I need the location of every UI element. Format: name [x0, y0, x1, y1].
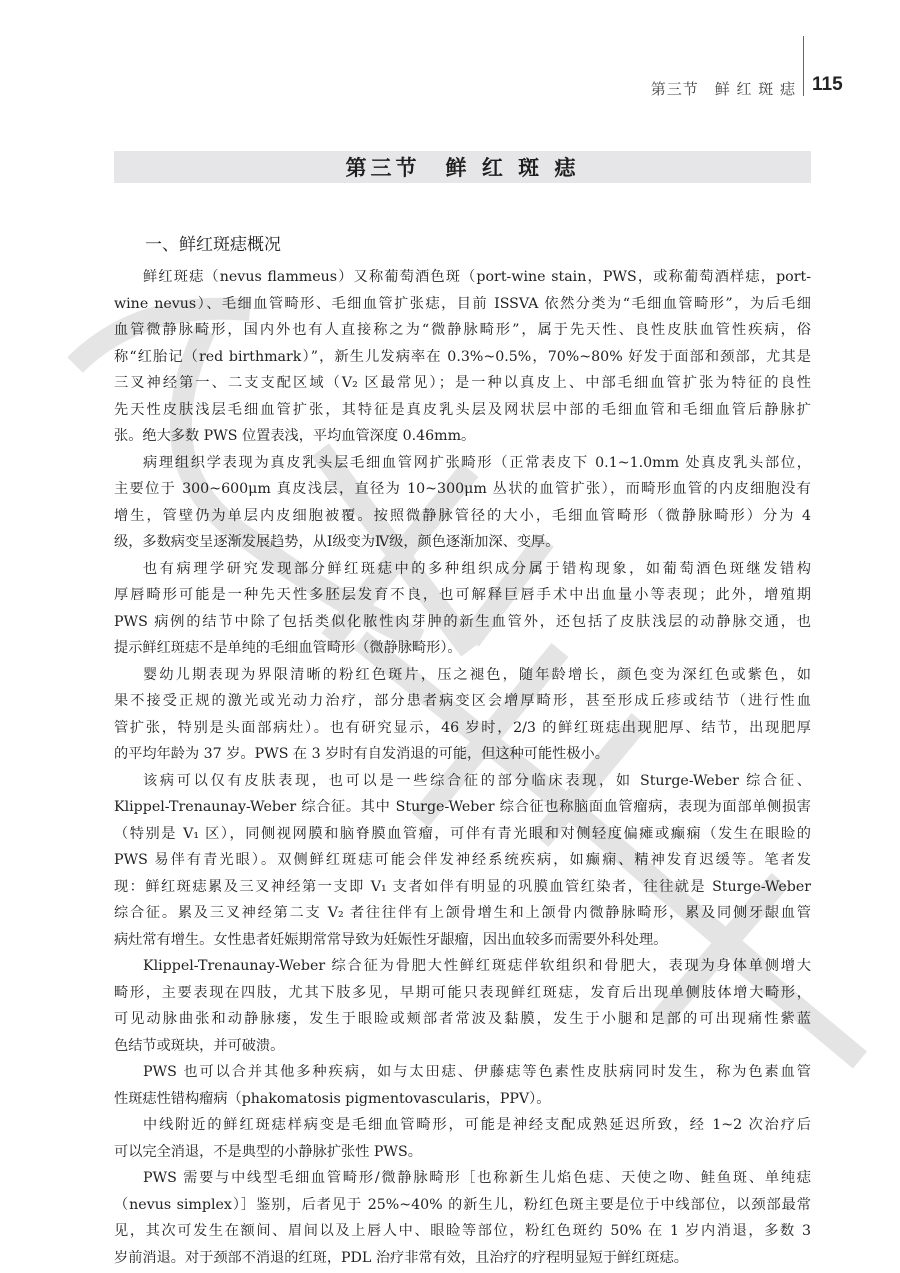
text-line: 级，多数病变呈逐渐发展趋势，从Ⅰ级变为Ⅳ级，颜色逐渐加深、变厚。	[114, 529, 811, 556]
paragraph: PWS 也可以合并其他多种疾病，如与太田痣、伊藤痣等色素性皮肤病同时发生，称为色…	[114, 1059, 811, 1112]
text-line: 血管微静脉畸形，国内外也有人直接称之为“微静脉畸形”，属于先天性、良性皮肤血管性…	[114, 317, 811, 344]
text-line: 可见动脉曲张和动静脉瘘，发生于眼睑或颊部者常波及黏膜，发生于小腿和足部的可出现痛…	[114, 1006, 811, 1033]
text-line: 性斑痣性错构瘤病（phakomatosis pigmentovascularis…	[114, 1086, 811, 1113]
section-title-banner: 第三节 鲜 红 斑 痣	[114, 151, 811, 183]
paragraph: Klippel-Trenaunay-Weber 综合征为骨肥大性鲜红斑痣伴软组织…	[114, 953, 811, 1059]
text-line: Klippel-Trenaunay-Weber 综合征为骨肥大性鲜红斑痣伴软组织…	[114, 953, 811, 980]
text-line: 管扩张，特别是头面部病灶）。也有研究显示，46 岁时，2/3 的鲜红斑痣出现肥厚…	[114, 715, 811, 742]
text-line: 色结节或斑块，并可破溃。	[114, 1033, 811, 1060]
paragraph: 中线附近的鲜红斑痣样病变是毛细血管畸形，可能是神经支配成熟延迟所致，经 1~2 …	[114, 1112, 811, 1165]
text-line: 病灶常有增生。女性患者妊娠期常常导致为妊娠性牙龈瘤，因出血较多而需要外科处理。	[114, 927, 811, 954]
subheading: 一、鲜红斑痣概况	[145, 230, 281, 255]
text-line: 提示鲜红斑痣不是单纯的毛细血管畸形（微静脉畸形）。	[114, 635, 811, 662]
body-text: 鲜红斑痣（nevus flammeus）又称葡萄酒色斑（port-wine st…	[114, 264, 811, 1271]
section-title: 第三节 鲜 红 斑 痣	[346, 152, 580, 182]
text-line: 岁前消退。对于颈部不消退的红斑，PDL 治疗非常有效，且治疗的疗程明显短于鲜红斑…	[114, 1245, 811, 1272]
text-line: 先天性皮肤浅层毛细血管扩张，其特征是真皮乳头层及网状层中部的毛细血管和毛细血管后…	[114, 397, 811, 424]
text-line: 现：鲜红斑痣累及三叉神经第一支即 V₁ 支者如伴有明显的巩膜血管红染者，往往就是…	[114, 874, 811, 901]
text-line: 增生，管壁仍为单层内皮细胞被覆。按照微静脉管径的大小，毛细血管畸形（微静脉畸形）…	[114, 503, 811, 530]
text-line: 婴幼儿期表现为界限清晰的粉红色斑片，压之褪色，随年龄增长，颜色变为深红色或紫色，…	[114, 662, 811, 689]
text-line: 也有病理学研究发现部分鲜红斑痣中的多种组织成分属于错构现象，如葡萄酒色斑继发错构	[114, 556, 811, 583]
text-line: 该病可以仅有皮肤表现，也可以是一些综合征的部分临床表现，如 Sturge-Web…	[114, 768, 811, 795]
text-line: 综合征。累及三叉神经第二支 V₂ 者往往伴有上颌骨增生和上颌骨内微静脉畸形，累及…	[114, 900, 811, 927]
text-line: 张。绝大多数 PWS 位置表浅，平均血管深度 0.46mm。	[114, 423, 811, 450]
text-line: （特别是 V₁ 区），同侧视网膜和脑脊膜血管瘤，可伴有青光眼和对侧轻度偏瘫或癫痫…	[114, 821, 811, 848]
text-line: 中线附近的鲜红斑痣样病变是毛细血管畸形，可能是神经支配成熟延迟所致，经 1~2 …	[114, 1112, 811, 1139]
text-line: （nevus simplex）］鉴别，后者见于 25%~40% 的新生儿，粉红色…	[114, 1192, 811, 1219]
running-head: 第三节 鲜 红 斑 痣 115	[0, 74, 900, 104]
text-line: 鲜红斑痣（nevus flammeus）又称葡萄酒色斑（port-wine st…	[114, 264, 811, 291]
paragraph: PWS 需要与中线型毛细血管畸形/微静脉畸形［也称新生儿焰色痣、天使之吻、鲑鱼斑…	[114, 1165, 811, 1271]
running-head-divider	[803, 36, 804, 96]
paragraph: 鲜红斑痣（nevus flammeus）又称葡萄酒色斑（port-wine st…	[114, 264, 811, 450]
text-line: PWS 病例的结节中除了包括类似化脓性肉芽肿的新生血管外，还包括了皮肤浅层的动静…	[114, 609, 811, 636]
text-line: 可以完全消退，不是典型的小静脉扩张性 PWS。	[114, 1139, 811, 1166]
text-line: 的平均年龄为 37 岁。PWS 在 3 岁时有自发消退的可能，但这种可能性极小。	[114, 741, 811, 768]
text-line: 三叉神经第一、二支支配区域（V₂ 区最常见）；是一种以真皮上、中部毛细血管扩张为…	[114, 370, 811, 397]
paragraph: 病理组织学表现为真皮乳头层毛细血管网扩张畸形（正常表皮下 0.1~1.0mm 处…	[114, 450, 811, 556]
text-line: wine nevus）、毛细血管畸形、毛细血管扩张痣，目前 ISSVA 依然分类…	[114, 291, 811, 318]
paragraph: 婴幼儿期表现为界限清晰的粉红色斑片，压之褪色，随年龄增长，颜色变为深红色或紫色，…	[114, 662, 811, 768]
paragraph: 该病可以仅有皮肤表现，也可以是一些综合征的部分临床表现，如 Sturge-Web…	[114, 768, 811, 954]
text-line: PWS 也可以合并其他多种疾病，如与太田痣、伊藤痣等色素性皮肤病同时发生，称为色…	[114, 1059, 811, 1086]
text-line: 病理组织学表现为真皮乳头层毛细血管网扩张畸形（正常表皮下 0.1~1.0mm 处…	[114, 450, 811, 477]
text-line: Klippel-Trenaunay-Weber 综合征。其中 Sturge-We…	[114, 794, 811, 821]
text-line: PWS 需要与中线型毛细血管畸形/微静脉畸形［也称新生儿焰色痣、天使之吻、鲑鱼斑…	[114, 1165, 811, 1192]
running-head-section: 第三节 鲜 红 斑 痣	[651, 78, 796, 99]
text-line: 果不接受正规的激光或光动力治疗，部分患者病变区会增厚畸形，甚至形成丘疹或结节（进…	[114, 688, 811, 715]
text-line: 称“红胎记（red birthmark）”，新生儿发病率在 0.3%~0.5%，…	[114, 344, 811, 371]
page-number: 115	[812, 74, 843, 96]
paragraph: 也有病理学研究发现部分鲜红斑痣中的多种组织成分属于错构现象，如葡萄酒色斑继发错构…	[114, 556, 811, 662]
text-line: 主要位于 300~600μm 真皮浅层，直径为 10~300μm 丛状的血管扩张…	[114, 476, 811, 503]
text-line: 畸形，主要表现在四肢，尤其下肢多见，早期可能只表现鲜红斑痣，发育后出现单侧肢体增…	[114, 980, 811, 1007]
text-line: 厚唇畸形可能是一种先天性多胚层发育不良，也可解释巨唇手术中出血量小等表现；此外，…	[114, 582, 811, 609]
text-line: 见，其次可发生在额间、眉间以及上唇人中、眼睑等部位，粉红色斑约 50% 在 1 …	[114, 1218, 811, 1245]
text-line: PWS 易伴有青光眼）。双侧鲜红斑痣可能会伴发神经系统疾病，如癫痫、精神发育迟缓…	[114, 847, 811, 874]
